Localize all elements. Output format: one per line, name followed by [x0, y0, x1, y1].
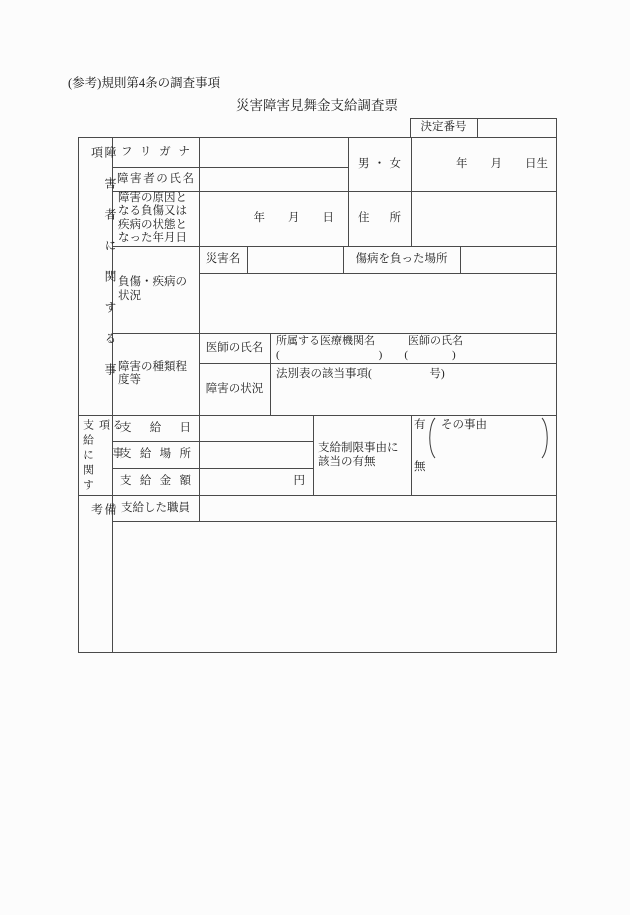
cause-date-value: 年 月 日: [199, 191, 348, 246]
furigana-field: [199, 137, 348, 167]
restriction-yes-label: 有: [414, 419, 426, 433]
victim-name-field: [199, 167, 348, 191]
table-border-line: [78, 137, 79, 652]
furigana-label: フリガナ: [112, 137, 199, 167]
doctor-name-label: 医師の氏名: [199, 333, 270, 363]
table-border-line: [410, 118, 556, 119]
table-border-line: [477, 118, 478, 137]
disability-type-label: 障害の種類程度等: [112, 333, 199, 415]
large-left-paren-icon: [425, 417, 437, 459]
table-border-line: [78, 652, 557, 653]
paid-staff-field: [199, 495, 556, 521]
injury-status-label: 負傷・疾病の状況: [112, 246, 199, 333]
address-field: [411, 191, 556, 246]
restriction-reason-field: [437, 428, 537, 458]
survey-form-sheet: (参考)規則第4条の調査事項 災害障害見舞金支給調査票 決定番号 障害者に関する…: [0, 0, 630, 915]
remarks-field: [112, 521, 556, 652]
table-border-line: [411, 415, 412, 495]
address-label: 住所: [348, 191, 411, 246]
payment-place-label: 支給場所: [112, 441, 199, 468]
table-border-line: [410, 118, 411, 137]
restriction-label: 支給制限事由に該当の有無: [313, 415, 411, 495]
injury-place-field: [460, 246, 556, 273]
disability-status-label: 障害の状況: [199, 363, 270, 415]
decision-number-field: [477, 118, 556, 137]
sex-label: 男・女: [348, 137, 411, 191]
yen-suffix: 円: [199, 468, 313, 495]
victim-name-label: 障害者の氏名: [112, 167, 199, 191]
payment-amount-label: 支給金額: [112, 468, 199, 495]
payment-date-field: [199, 415, 313, 441]
disaster-name-field: [247, 246, 343, 273]
disaster-name-label: 災害名: [199, 246, 247, 273]
disability-status-line: 法別表の該当事項( 号): [276, 368, 554, 382]
injury-status-field: [199, 273, 556, 333]
doctor-name-line2: ( ) ( ): [276, 348, 554, 362]
large-right-paren-icon: [540, 417, 552, 459]
paid-staff-label: 支給した職員: [112, 495, 199, 521]
birthdate-label: 年 月 日生: [411, 137, 556, 191]
payment-section-side-label-col1: 支給に関す: [80, 415, 94, 499]
payment-place-field: [199, 441, 313, 468]
reference-note: (参考)規則第4条の調査事項: [68, 77, 220, 91]
table-border-line: [270, 333, 271, 415]
table-border-line: [556, 118, 557, 653]
decision-number-label: 決定番号: [410, 118, 477, 137]
doctor-name-line1: 所属する医療機関名 医師の氏名: [276, 334, 554, 348]
injury-place-label: 傷病を負った場所: [343, 246, 460, 273]
cause-date-label: 障害の原因となる負傷又は疾病の状態となった年月日: [112, 191, 199, 246]
page-title: 災害障害見舞金支給調査票: [78, 99, 556, 113]
payment-date-label: 支給日: [112, 415, 199, 441]
restriction-no-label: 無: [414, 461, 426, 475]
